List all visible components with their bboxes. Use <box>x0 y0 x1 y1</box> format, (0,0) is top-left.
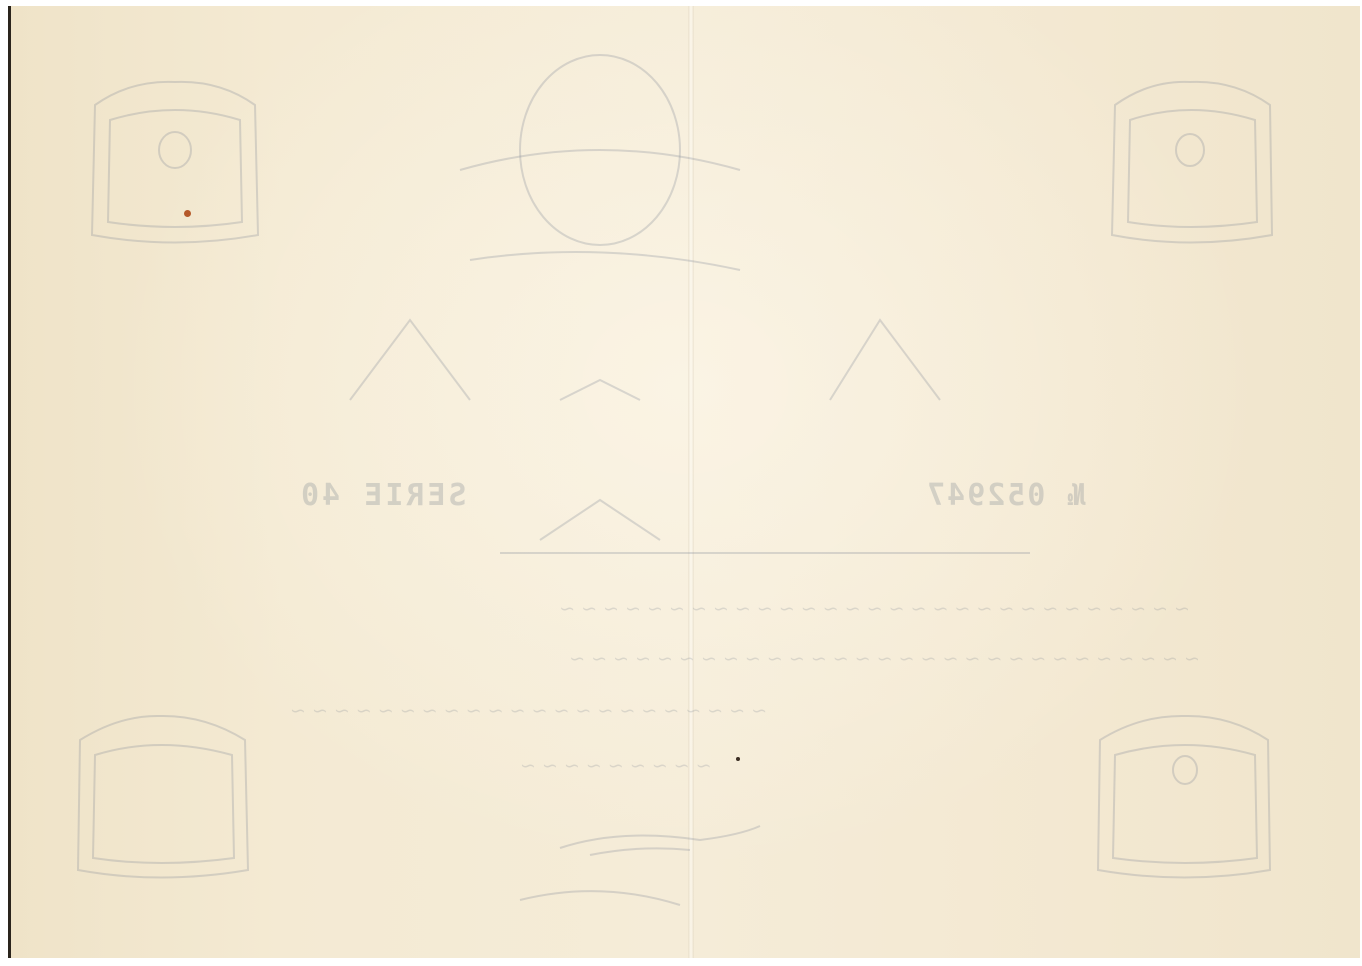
script-line-1: ~ ~ ~ ~ ~ ~ ~ ~ ~ ~ ~ ~ ~ ~ ~ ~ ~ ~ ~ ~ … <box>180 598 1190 620</box>
corner-ornament-bottom-right-icon <box>1098 716 1270 878</box>
corner-ornament-top-right-icon <box>1112 82 1272 243</box>
script-line-4: ~ ~ ~ ~ ~ ~ ~ ~ ~ <box>520 755 712 777</box>
bleed-through-artwork <box>0 0 1362 966</box>
ink-dot <box>736 757 740 761</box>
serial-number-mirrored: № 052947 <box>925 478 1086 513</box>
signature-flourish-icon <box>520 826 760 905</box>
script-line-3: ~ ~ ~ ~ ~ ~ ~ ~ ~ ~ ~ ~ ~ ~ ~ ~ ~ ~ ~ ~ … <box>290 700 767 722</box>
corner-ornament-bottom-left-icon <box>78 716 248 878</box>
corner-ornament-top-left-icon <box>92 82 258 243</box>
script-line-2: ~ ~ ~ ~ ~ ~ ~ ~ ~ ~ ~ ~ ~ ~ ~ ~ ~ ~ ~ ~ … <box>180 648 1200 670</box>
serie-label-mirrored: SERIE 40 <box>298 478 467 513</box>
rust-stain <box>184 210 191 217</box>
